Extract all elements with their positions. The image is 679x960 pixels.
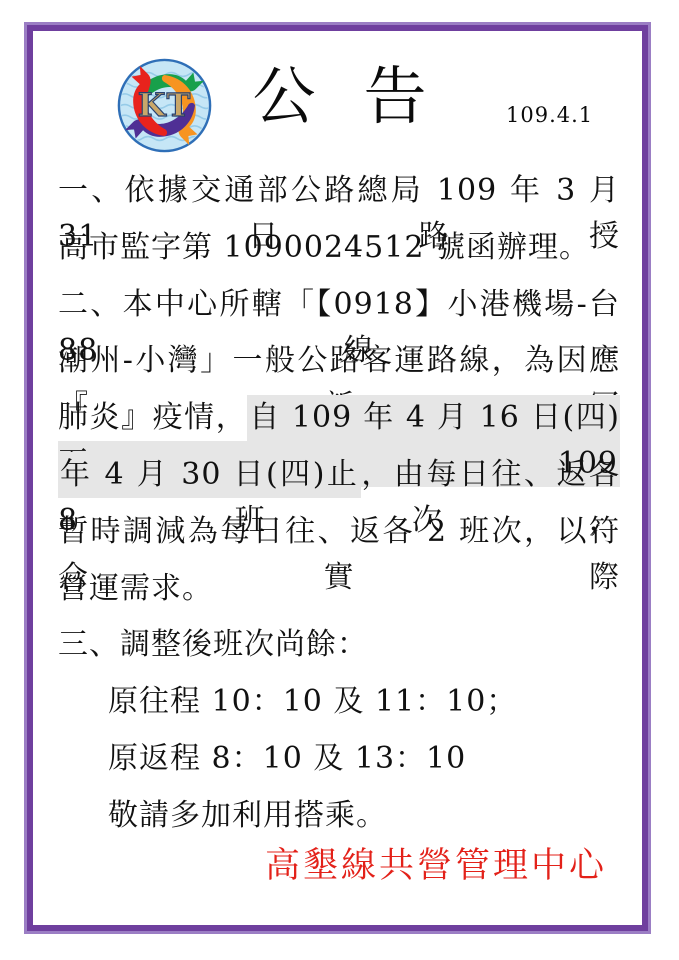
notice-page: KT 公 告 109.4.1 一、依據交通部公路總局 109 年 3 月 31 …	[0, 0, 679, 960]
notice-line: 原返程 8：10 及 13：10	[58, 736, 620, 793]
notice-line-text: 營運需求。	[58, 571, 213, 606]
notice-line-text: 高市監字第 1090024512 號函辦理。	[58, 230, 590, 265]
notice-line: 潮州-小灣」一般公路客運路線，為因應『新冠	[58, 338, 620, 395]
notice-line-text: 敬請多加利用搭乘。	[108, 798, 387, 833]
notice-line: 原往程 10：10 及 11：10；	[58, 679, 620, 736]
notice-line: 年 4 月 30 日(四)止，由每日往、返各 8 班次，	[58, 452, 620, 509]
notice-title-char: 告	[364, 62, 427, 131]
notice-title-char: 公	[253, 62, 316, 131]
notice-body: 一、依據交通部公路總局 109 年 3 月 31 日路授 高市監字第 10900…	[58, 168, 620, 850]
notice-line: 一、依據交通部公路總局 109 年 3 月 31 日路授	[58, 168, 620, 225]
notice-line-text: 肺炎』疫情，	[58, 400, 247, 435]
notice-date: 109.4.1	[506, 103, 593, 127]
notice-line-text: 原往程 10：10 及 11：10；	[108, 684, 517, 719]
notice-line: 肺炎』疫情，自 109 年 4 月 16 日(四)至 109	[58, 395, 620, 452]
notice-highlighted-text: 年 4 月 30 日(四)止	[58, 452, 361, 498]
notice-line-text: 原返程 8：10 及 13：10	[108, 741, 466, 776]
notice-line: 二、本中心所轄「【0918】小港機場-台 88 線-	[58, 282, 620, 339]
notice-line: 三、調整後班次尚餘：	[58, 622, 620, 679]
notice-line-text: 三、調整後班次尚餘：	[58, 627, 368, 662]
notice-signature: 高墾線共營管理中心	[265, 838, 607, 888]
notice-line: 暫時調減為每日往、返各 2 班次，以符合實際	[58, 509, 620, 566]
notice-line: 高市監字第 1090024512 號函辦理。	[58, 225, 620, 282]
